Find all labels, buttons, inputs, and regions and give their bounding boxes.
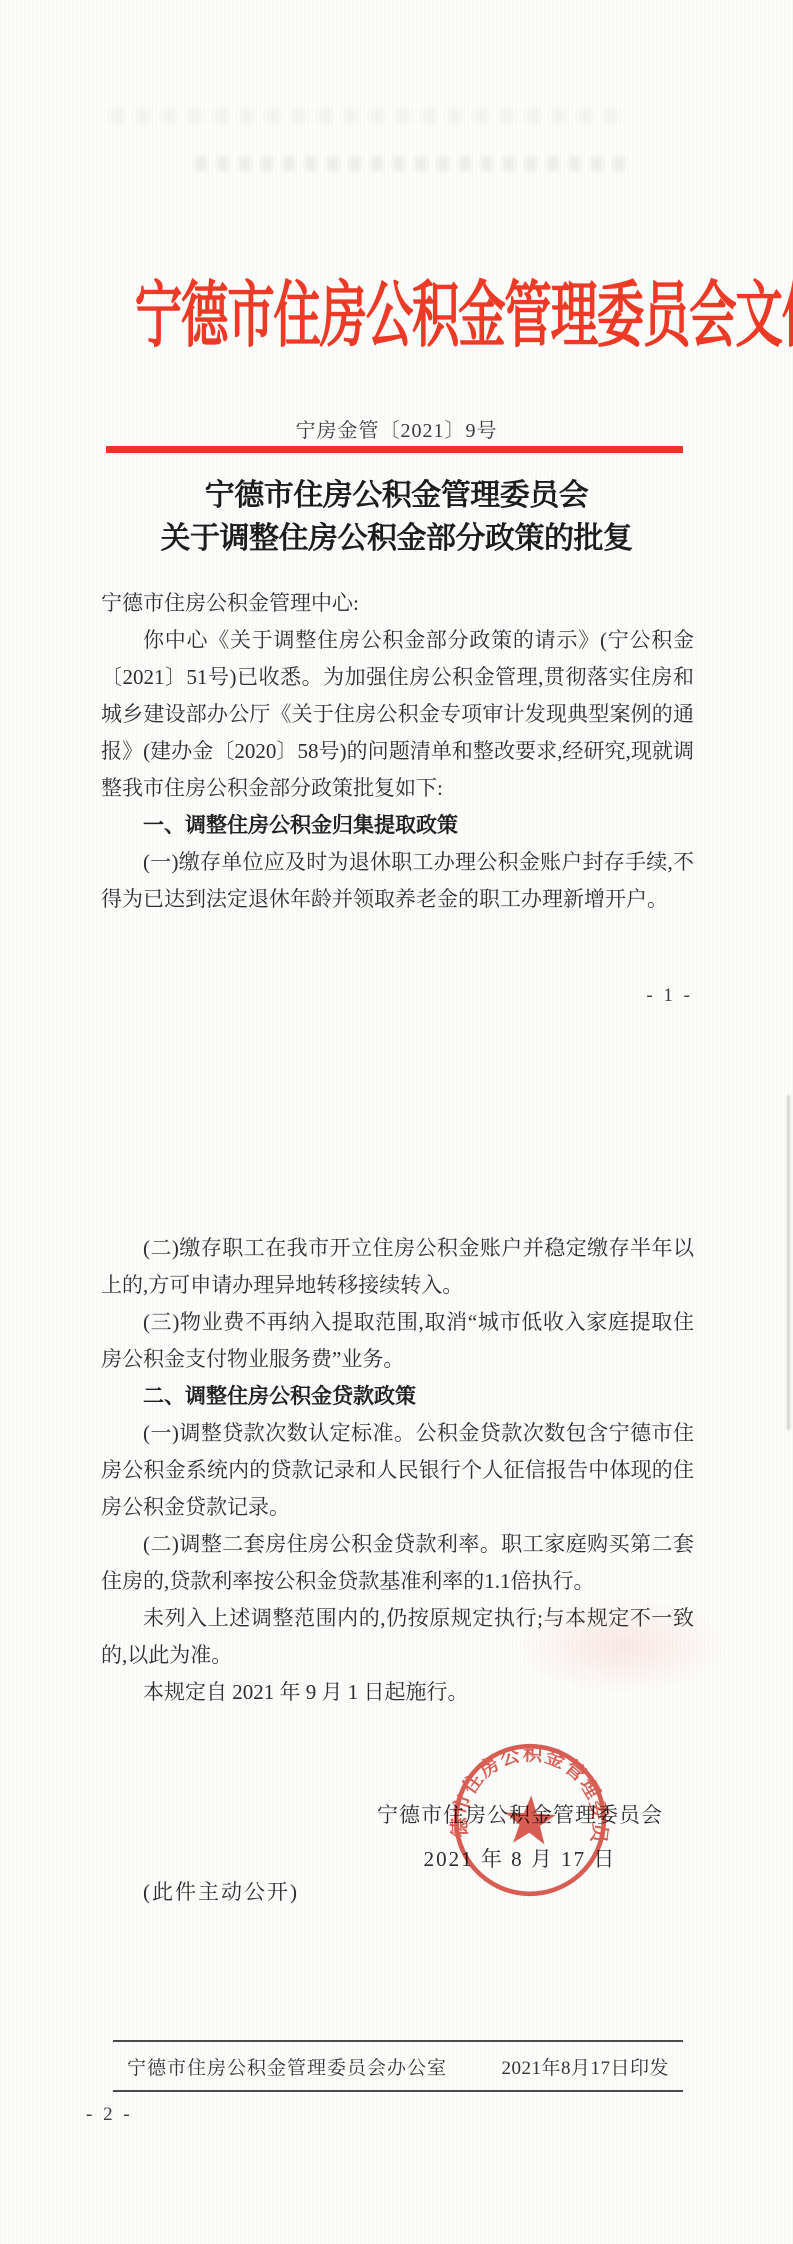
disclosure-note: (此件主动公开) [143, 1876, 299, 1906]
body-paragraph-closing-1: 未列入上述调整范围内的,仍按原规定执行;与本规定不一致的,以此为准。 [101, 1600, 694, 1674]
signature-block: 宁德市住房公积金管理委员会 2021 年 8 月 17 日 [358, 1799, 682, 1873]
footer-issuing-office: 宁德市住房公积金管理委员会办公室 [113, 2053, 447, 2080]
page2-body: (二)缴存职工在我市开立住房公积金账户并稳定缴存半年以上的,方可申请办理异地转移… [101, 1230, 694, 1711]
signature-date: 2021 年 8 月 17 日 [358, 1843, 682, 1873]
page-number-2: - 2 - [86, 2104, 133, 2126]
body-paragraph-2-1: (一)调整贷款次数认定标准。公积金贷款次数包含宁德市住房公积金系统内的贷款记录和… [101, 1415, 694, 1526]
red-divider-rule [106, 446, 683, 453]
scan-bleed-artifact-top-2 [195, 156, 625, 171]
scan-bleed-artifact-top [110, 108, 620, 124]
document-title: 宁德市住房公积金管理委员会 关于调整住房公积金部分政策的批复 [0, 474, 793, 560]
scan-edge-streak [787, 1095, 790, 1430]
body-paragraph-intro: 你中心《关于调整住房公积金部分政策的请示》(宁公积金〔2021〕51号)已收悉。… [101, 622, 694, 807]
document-title-line-1: 宁德市住房公积金管理委员会 [0, 474, 793, 517]
footer-divider-top [113, 2040, 683, 2042]
body-paragraph-1-3: (三)物业费不再纳入提取范围,取消“城市低收入家庭提取住房公积金支付物业服务费”… [101, 1304, 694, 1378]
body-paragraph-2-2: (二)调整二套房住房公积金贷款利率。职工家庭购买第二套住房的,贷款利率按公积金贷… [101, 1526, 694, 1600]
recipient-line: 宁德市住房公积金管理中心: [101, 585, 694, 622]
body-paragraph-1-1: (一)缴存单位应及时为退休职工办理公积金账户封存手续,不得为已达到法定退休年龄并… [101, 844, 694, 918]
document-number: 宁房金管〔2021〕9号 [0, 414, 793, 443]
letterhead-banner-title: 宁德市住房公积金管理委员会文件 [135, 258, 658, 374]
signature-organization: 宁德市住房公积金管理委员会 [358, 1799, 682, 1829]
footer-issue-date: 2021年8月17日印发 [501, 2053, 683, 2080]
section-heading-1: 一、调整住房公积金归集提取政策 [101, 807, 694, 844]
body-paragraph-effective-date: 本规定自 2021 年 9 月 1 日起施行。 [101, 1674, 694, 1711]
section-heading-2: 二、调整住房公积金贷款政策 [101, 1378, 694, 1415]
page1-body: 宁德市住房公积金管理中心: 你中心《关于调整住房公积金部分政策的请示》(宁公积金… [101, 585, 694, 918]
scanned-document-page: 宁德市住房公积金管理委员会文件 宁房金管〔2021〕9号 宁德市住房公积金管理委… [0, 0, 793, 2244]
footer-row: 宁德市住房公积金管理委员会办公室 2021年8月17日印发 [113, 2053, 683, 2080]
page-number-1: - 1 - [646, 985, 693, 1007]
footer-divider-bottom [113, 2090, 683, 2092]
document-title-line-2: 关于调整住房公积金部分政策的批复 [0, 517, 793, 560]
body-paragraph-1-2: (二)缴存职工在我市开立住房公积金账户并稳定缴存半年以上的,方可申请办理异地转移… [101, 1230, 694, 1304]
